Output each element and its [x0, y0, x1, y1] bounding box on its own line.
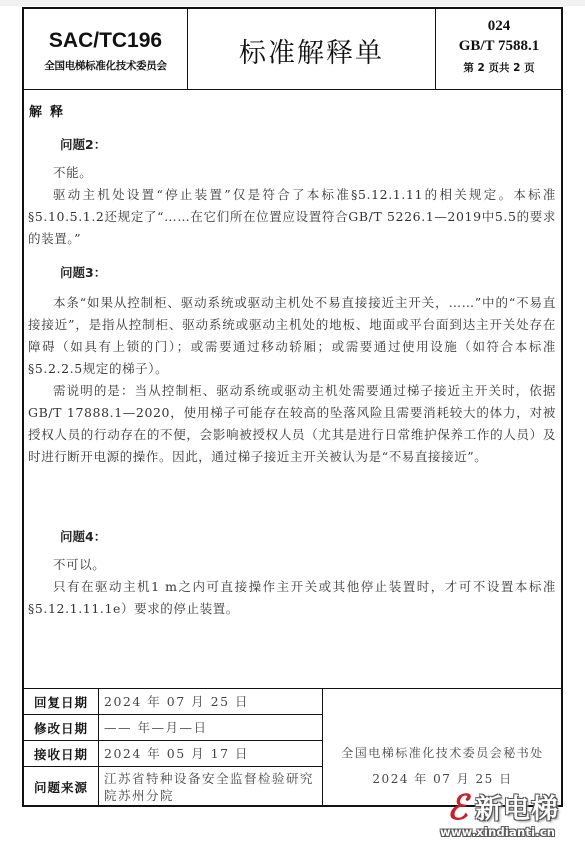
standard-number: GB/T 7588.1 — [436, 38, 562, 55]
reply-date-row: 回复日期 2024 年 07 月 25 日 — [24, 689, 322, 715]
committee-name: 全国电梯标准化技术委员会 — [24, 58, 187, 73]
brand-logo-icon: ℰ — [447, 788, 468, 828]
source-row: 问题来源 江苏省特种设备安全监督检验研究院苏州分院 — [24, 767, 322, 806]
interpretation-body: 解释 问题2： 不能。 驱动主机处设置“停止装置”仅是符合了本标准§5.12.1… — [24, 91, 561, 688]
received-date-label: 接收日期 — [24, 741, 99, 766]
received-date-value: 2024 年 05 月 17 日 — [104, 741, 319, 766]
question-2-explanation: 驱动主机处设置“停止装置”仅是符合了本标准§5.12.1.11的相关规定。本标准… — [28, 184, 556, 250]
watermark-brand: 新电梯 — [475, 787, 559, 826]
reply-date-value: 2024 年 07 月 25 日 — [104, 689, 319, 714]
committee-block: SAC/TC196 全国电梯标准化技术委员会 — [24, 9, 188, 89]
page-indicator: 第 2 页共 2 页 — [436, 60, 562, 75]
received-date-row: 接收日期 2024 年 05 月 17 日 — [24, 741, 322, 767]
issue-date: 2024 年 07 月 25 日 — [323, 770, 562, 787]
question-4-explanation: 只有在驱动主机1 m之内可直接操作主开关或其他停止装置时，才可不设置本标准§5.… — [28, 576, 556, 620]
question-2-heading: 问题2： — [60, 135, 106, 153]
title-block: 标准解释单 — [188, 9, 435, 89]
watermark-url: www.xindianti.cn — [440, 825, 555, 839]
source-label: 问题来源 — [24, 767, 99, 806]
question-2-answer: 不能。 — [28, 162, 556, 184]
revision-date-label: 修改日期 — [24, 715, 99, 740]
document-title: 标准解释单 — [188, 31, 435, 70]
interpretation-form: SAC/TC196 全国电梯标准化技术委员会 标准解释单 024 GB/T 75… — [22, 7, 563, 807]
reference-block: 024 GB/T 7588.1 第 2 页共 2 页 — [435, 9, 562, 89]
revision-date-value: —— 年—月—日 — [104, 715, 319, 740]
form-header: SAC/TC196 全国电梯标准化技术委员会 标准解释单 024 GB/T 75… — [24, 9, 561, 90]
question-4-answer: 不可以。 — [28, 554, 556, 576]
question-3-paragraph-1: 本条“如果从控制柜、驱动系统或驱动主机处不易直接接近主开关，……”中的“不易直接… — [28, 292, 556, 380]
question-3-heading: 问题3： — [60, 263, 106, 281]
question-4-heading: 问题4： — [60, 527, 106, 545]
committee-code: SAC/TC196 — [24, 29, 187, 53]
source-value: 江苏省特种设备安全监督检验研究院苏州分院 — [104, 767, 319, 806]
issuer-name: 全国电梯标准化技术委员会秘书处 — [323, 744, 562, 761]
section-title: 解释 — [29, 101, 71, 120]
question-3-paragraph-2: 需说明的是：当从控制柜、驱动系统或驱动主机处需要通过梯子接近主开关时，依据GB/… — [28, 380, 556, 468]
document-number: 024 — [436, 18, 562, 35]
reply-date-label: 回复日期 — [24, 689, 99, 714]
watermark: ℰ 新电梯 www.xindianti.cn — [447, 786, 585, 846]
revision-date-row: 修改日期 —— 年—月—日 — [24, 715, 322, 741]
page-top-shade — [0, 0, 585, 6]
